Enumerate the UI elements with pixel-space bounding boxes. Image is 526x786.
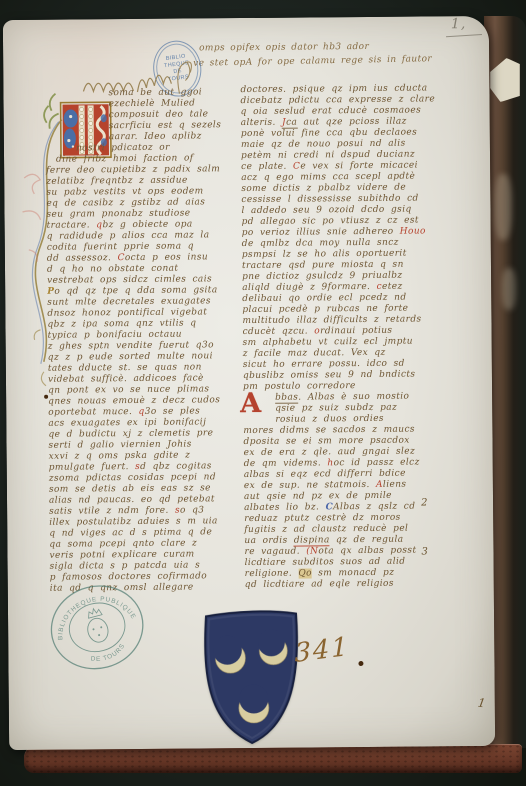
- header-inscription-line2: ve stet opA for ope calamu rege sis in f…: [193, 54, 432, 69]
- text-line: sacrficiu est q sezels: [109, 120, 236, 132]
- text-line: qz z p eude sorted multe noui: [48, 351, 238, 364]
- manuscript-photo: 1, omps opifex opis dator hb3 ador ve st…: [0, 0, 526, 786]
- ink-dot: [358, 661, 363, 666]
- coat-of-arms-shield: [196, 608, 307, 749]
- text-line: sunt mlte decretales exuagates: [47, 296, 237, 309]
- text-line: qe d budictu xj z clemetis pre: [48, 428, 238, 441]
- text-column-right: doctores. psique qz ipm ius cductadiceba…: [240, 83, 470, 591]
- page-edge-highlight: [502, 268, 516, 310]
- text-line: alias nd paucas. eo qd petebat: [49, 494, 239, 507]
- header-inscription-line1: omps opifex opis dator hb3 ador: [199, 42, 369, 53]
- text-column-left: soma be aut ggoiezechielè Muliedcomposui…: [45, 87, 239, 595]
- text-line: qnes nouas emouè z decz cudos: [48, 395, 238, 408]
- folio-underline: [446, 34, 482, 37]
- margin-number-lower: 3: [421, 546, 427, 557]
- folio-number: 1,: [451, 16, 491, 32]
- text-line: qd licdtiare ad eqle religios: [245, 578, 471, 591]
- page-edge-highlight: [494, 174, 512, 240]
- manuscript-page: 1, omps opifex opis dator hb3 ador ve st…: [3, 16, 495, 750]
- svg-text:DE TOURS: DE TOURS: [87, 641, 129, 666]
- text-line: ferre deo cupietibz z padix salm: [46, 164, 236, 177]
- text-line: q nd viges ac d s ptima q de: [49, 527, 239, 540]
- shelfmark-number: 341: [294, 632, 350, 669]
- bottom-corner-mark: 1: [477, 695, 487, 710]
- margin-number-upper: 2: [421, 497, 427, 508]
- text-line: q radidude p alios cca maz la: [47, 230, 237, 243]
- ink-dot: [44, 395, 48, 399]
- svg-text:BIBLIOTHEQUE PUBLIQUE: BIBLIOTHEQUE PUBLIQUE: [49, 587, 138, 642]
- rubricated-initial-a: A: [240, 390, 261, 417]
- crescent-bottom: [239, 684, 269, 723]
